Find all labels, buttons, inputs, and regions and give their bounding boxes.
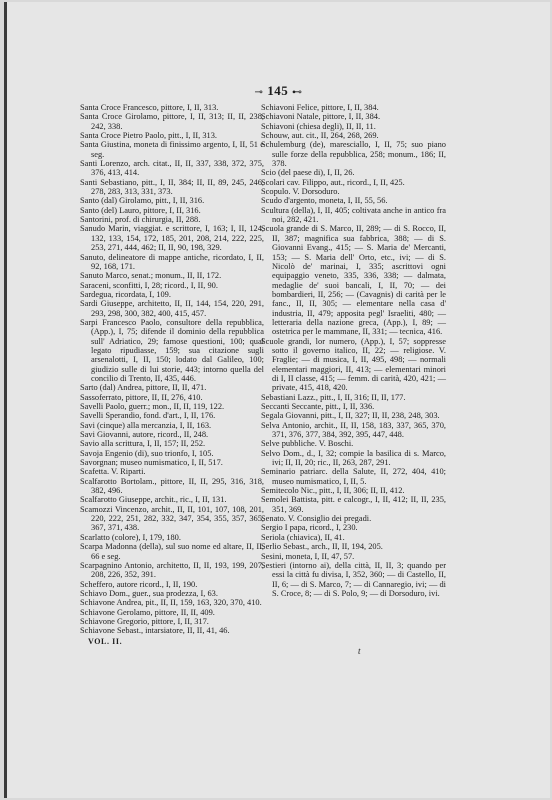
scanned-page: ⊸ 145 ⊷ Santa Croce Francesco, pittore, …	[4, 2, 550, 798]
volume-footer: VOL. II.	[80, 637, 264, 646]
index-entry: Selve pubbliche. V. Boschi.	[261, 439, 446, 448]
index-entry: Sarpi Francesco Paolo, consultore della …	[80, 318, 264, 383]
index-entry: Sarto (dal) Andrea, pittore, II, II, 471…	[80, 383, 264, 392]
index-entry: Santorini, prof. di chirurgia, II, 288.	[80, 215, 264, 224]
index-entry: Sanuto Marco, senat.; monum., II, II, 17…	[80, 271, 264, 280]
index-entry: Senato. V. Consiglio dei pregadi.	[261, 514, 446, 523]
index-entry: Scolari cav. Filippo, aut., ricord., I, …	[261, 178, 446, 187]
page-header: ⊸ 145 ⊷	[7, 83, 550, 99]
page-number: 145	[267, 83, 288, 98]
index-entry: Seminario patriarc. della Salute, II, 27…	[261, 467, 446, 486]
ornament-right-icon: ⊷	[292, 87, 303, 98]
index-entry: Santo (del) Lauro, pittore, I, II, 316.	[80, 206, 264, 215]
index-entry: Sanuto, delineatore di mappe antiche, ri…	[80, 253, 264, 272]
index-entry: Scamozzi Vincenzo, archit., II, II, 101,…	[80, 505, 264, 533]
index-entry: Sergio I papa, ricord., I, 230.	[261, 523, 446, 532]
index-entry: Schiavo Dom., guer., sua prodezza, I, 63…	[80, 589, 264, 598]
index-entry: Santa Croce Girolamo, pittore, I, II, 31…	[80, 112, 264, 131]
index-entry: Schiavoni Felice, pittore, I, II, 384.	[261, 103, 446, 112]
index-entry: Semolei Battista, pitt. e calcogr., I, I…	[261, 495, 446, 514]
index-entry: Scultura (della), I, II, 405; coltivata …	[261, 206, 446, 225]
index-entry: Savelli Sperandio, fond. d'art., I, II, …	[80, 411, 264, 420]
index-entry: Scudo d'argento, moneta, I, II, 55, 56.	[261, 196, 446, 205]
index-entry: Saraceni, sconfitti, I, 28; ricord., I, …	[80, 281, 264, 290]
index-entry: Schiavone Gregorio, pittore, I, II, 317.	[80, 617, 264, 626]
index-entry: Schiavone Sebast., intarsiatore, II, II,…	[80, 626, 264, 635]
index-entry: Sardi Giuseppe, architetto, II, II, 144,…	[80, 299, 264, 318]
index-entry: Schouw, aut. cit., II, 264, 268, 269.	[261, 131, 446, 140]
index-entry: Schiavoni Natale, pittore, I, II, 384.	[261, 112, 446, 121]
index-entry: Sesini, moneta, I, II, 47, 57.	[261, 552, 446, 561]
index-entry: Savoja Engenio (di), suo trionfo, I, 105…	[80, 449, 264, 458]
index-entry: Segala Giovanni, pitt., I, II, 327; II, …	[261, 411, 446, 420]
index-entry: Santa Croce Francesco, pittore, I, II, 3…	[80, 103, 264, 112]
index-entry: Scuola grande di S. Marco, II, 289; — di…	[261, 224, 446, 336]
index-entry: Schulemburg (de), maresciallo, I, II, 75…	[261, 140, 446, 168]
index-entry: Scuole grandi, lor numero, (App.), I, 57…	[261, 337, 446, 393]
index-entry: Savelli Paolo, guerr.; mon., II, II, 119…	[80, 402, 264, 411]
index-entry: Scarpagnino Antonio, architetto, II, II,…	[80, 561, 264, 580]
signature-mark: t	[358, 646, 361, 656]
index-entry: Seriola (chiavica), II, 41.	[261, 533, 446, 542]
ornament-left-icon: ⊸	[255, 87, 264, 98]
index-entry: Santa Croce Pietro Paolo, pitt., I, II, …	[80, 131, 264, 140]
index-entry: Sebastiani Lazz., pitt., I, II, 316; II,…	[261, 393, 446, 402]
index-entry: Santi Sebastiano, pitt., I, II, 384; II,…	[80, 178, 264, 197]
index-entry: Santi Lorenzo, arch. citat., II, II, 337…	[80, 159, 264, 178]
index-column-right: Schiavoni Felice, pittore, I, II, 384.Sc…	[261, 103, 446, 598]
index-entry: Schiavone Gerolamo, pittore, II, II, 409…	[80, 608, 264, 617]
index-entry: Scopulo. V. Dorsoduro.	[261, 187, 446, 196]
index-entry: Scafetta. V. Riparti.	[80, 467, 264, 476]
index-entry: Scheffero, autore ricord., I, II, 190.	[80, 580, 264, 589]
index-entry: Scarlatto (colore), I, 179, 180.	[80, 533, 264, 542]
index-entry: Selvo Dom., d., I, 32; compie la basilic…	[261, 449, 446, 468]
index-entry: Savi Giovanni, autore, ricord., II, 248.	[80, 430, 264, 439]
index-entry: Scalfarotto Giuseppe, archit., ric., I, …	[80, 495, 264, 504]
index-entry: Seccanti Seccante, pitt., I, II, 336.	[261, 402, 446, 411]
index-entry: Schiavoni (chiesa degli), II, II, 11.	[261, 122, 446, 131]
index-entry: Santo (dal) Girolamo, pitt., I, II, 316.	[80, 196, 264, 205]
index-entry: Scarpa Madonna (della), sul suo nome ed …	[80, 542, 264, 561]
index-entry: Santa Giustina, moneta di finissimo arge…	[80, 140, 264, 159]
index-entry: Scalfarotto Bortolam., pittore, II, II, …	[80, 477, 264, 496]
index-entry: Sanudo Marin, viaggiat. e scrittore, I, …	[80, 224, 264, 252]
index-entry: Sardegua, ricordata, I, 109.	[80, 290, 264, 299]
index-entry: Semitecolo Nic., pitt., I, II, 306; II, …	[261, 486, 446, 495]
index-entry: Savorgnan; museo numismatico, I, II, 517…	[80, 458, 264, 467]
index-entry: Savi (cinque) alla mercanzia, I, II, 163…	[80, 421, 264, 430]
index-entry: Scio (del paese di), I, II, 26.	[261, 168, 446, 177]
index-entry: Selva Antonio, archit., II, II, 158, 183…	[261, 421, 446, 440]
index-entry: Serlio Sebast., arch., II, II, 194, 205.	[261, 542, 446, 551]
index-entry: Savio alla scrittura, I, II, 157; II, 25…	[80, 439, 264, 448]
index-column-left: Santa Croce Francesco, pittore, I, II, 3…	[80, 103, 264, 646]
index-entry: Schiavone Andrea, pit., II, II, 159, 163…	[80, 598, 264, 607]
index-entry: Sestieri (intorno ai), della città, II, …	[261, 561, 446, 598]
index-entry: Sassoferrato, pittore, II, II, 276, 410.	[80, 393, 264, 402]
